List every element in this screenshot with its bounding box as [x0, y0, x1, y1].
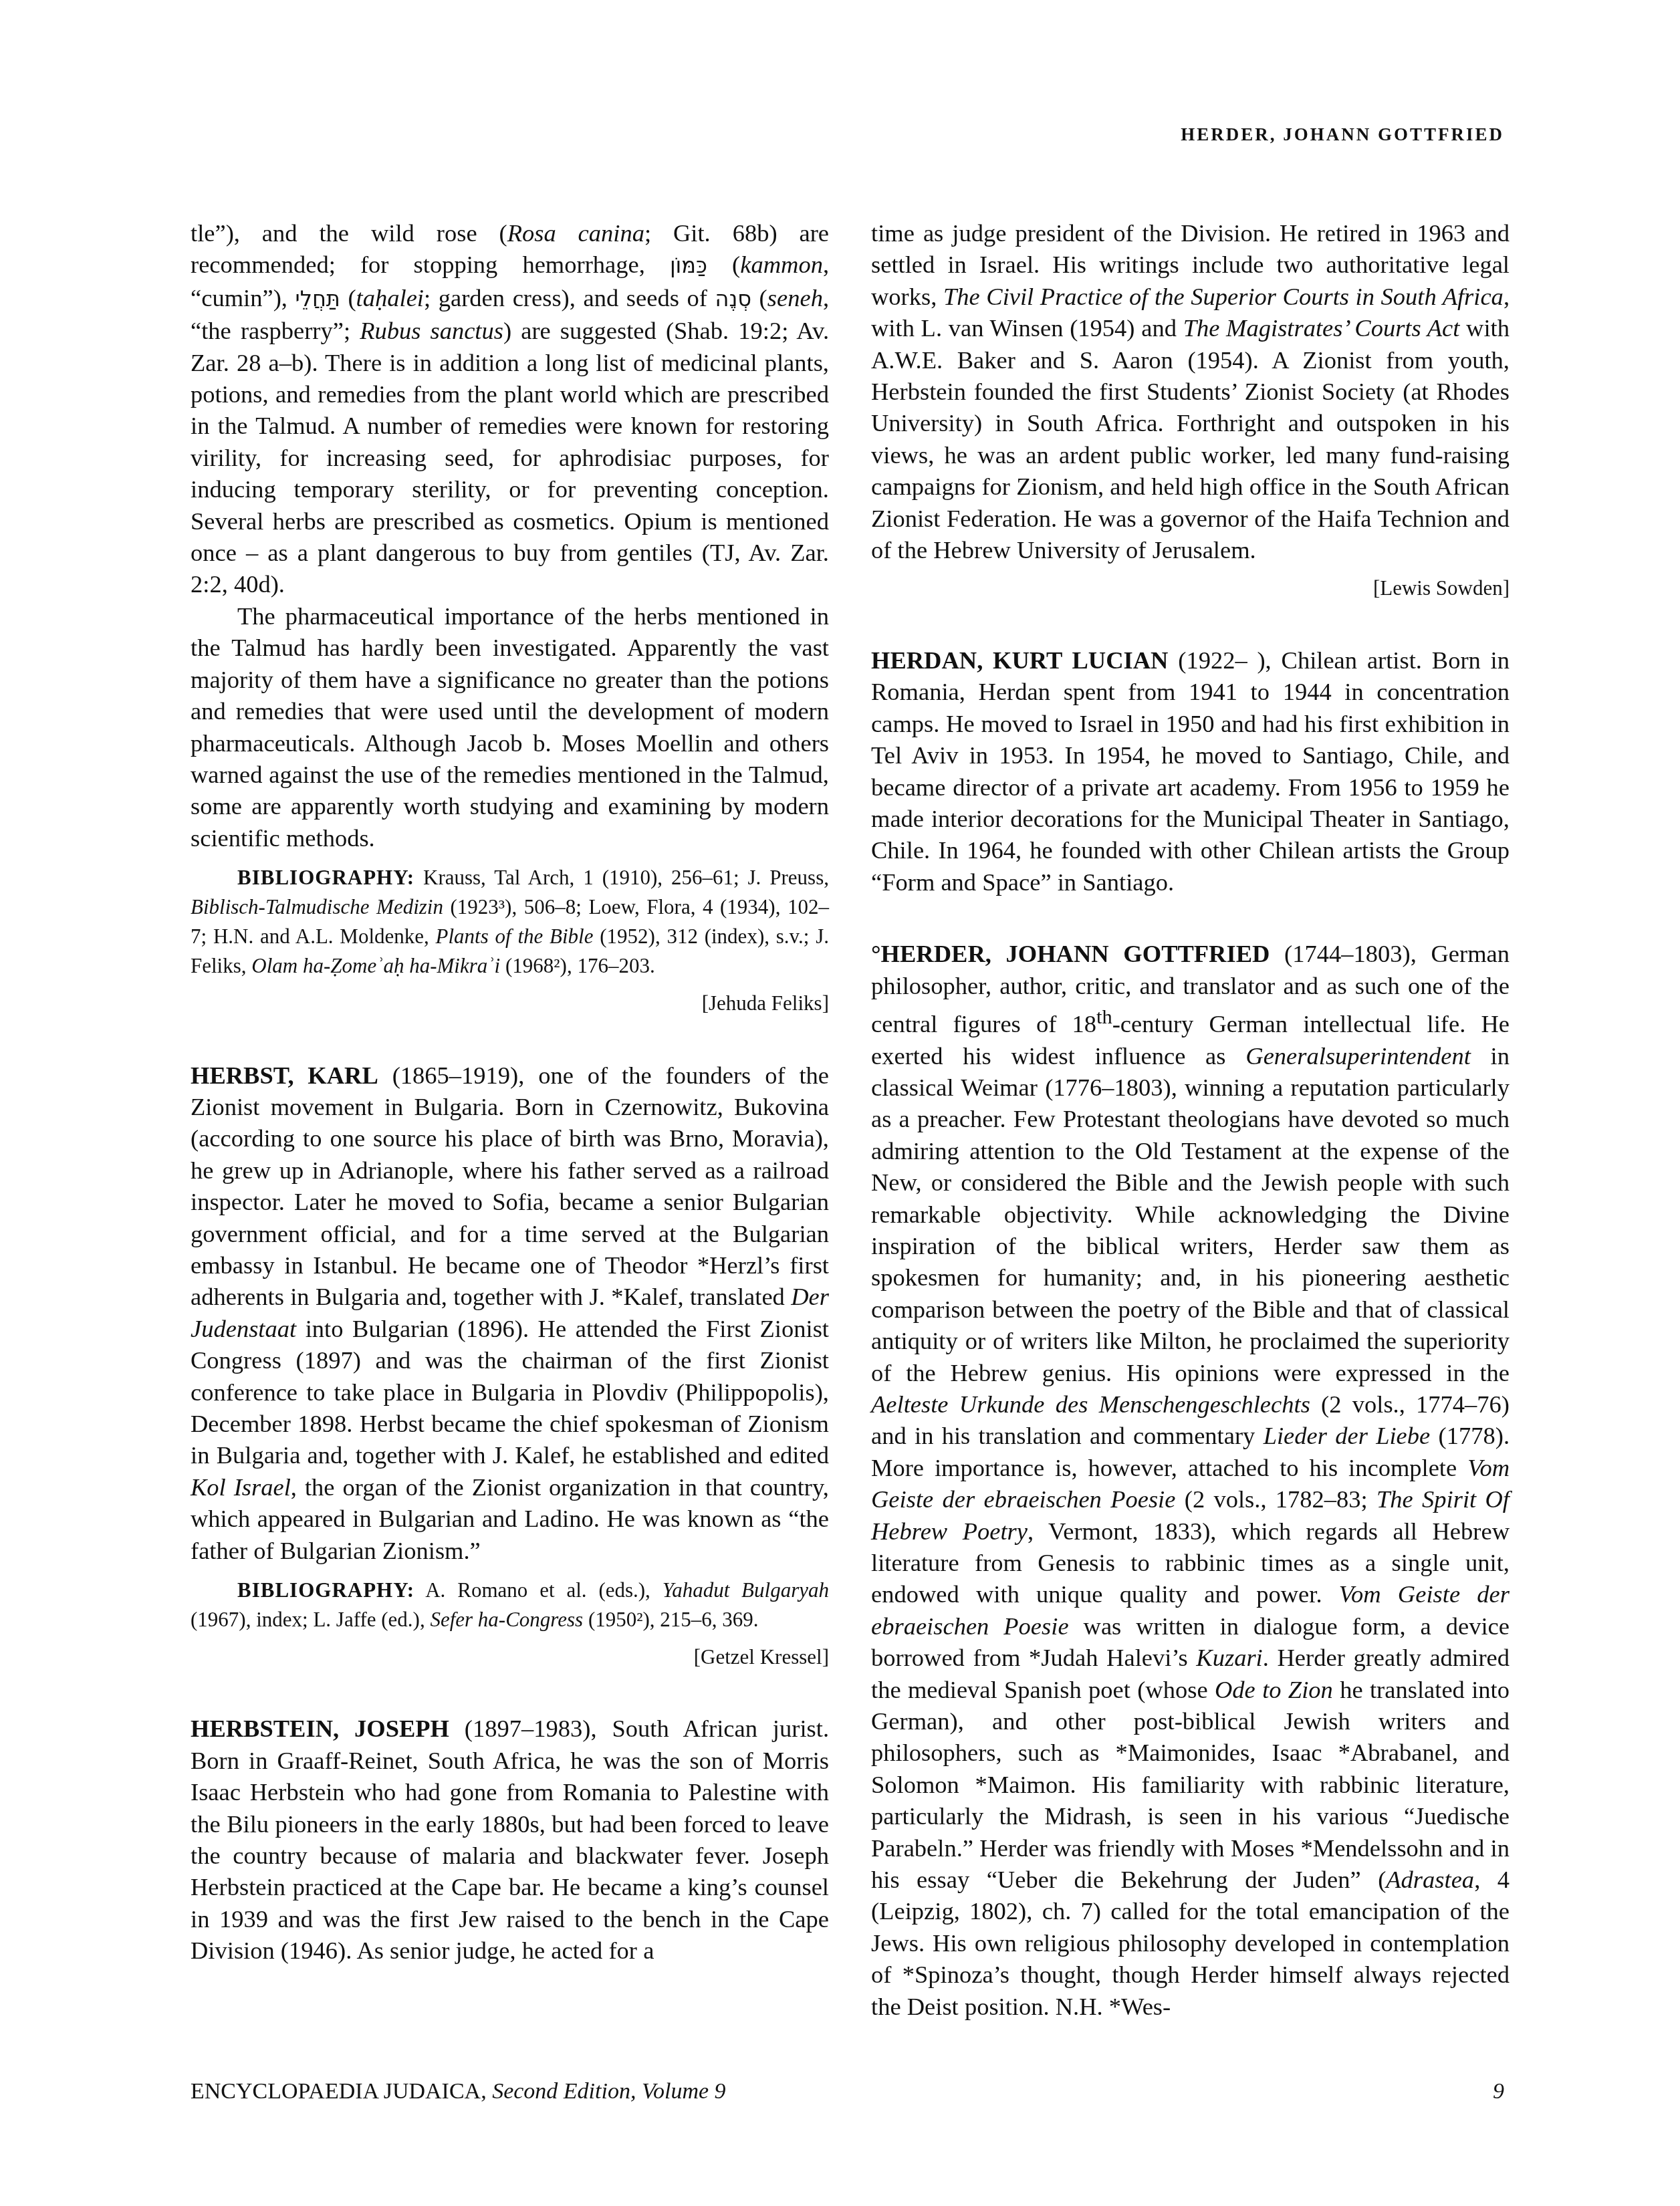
running-head: HERDER, JOHANN GOTTFRIED: [1181, 124, 1504, 145]
hebrew-term: סְנֶה: [715, 286, 751, 312]
italic-title: Olam ha-Ẓomeʾaḥ ha-Mikraʾi: [251, 954, 500, 977]
text: (1897–1983), South African jurist. Born …: [191, 1715, 829, 1964]
page-footer: ENCYCLOPAEDIA JUDAICA, Second Edition, V…: [191, 2079, 1504, 2104]
bibliography-herbst: BIBLIOGRAPHY: A. Romano et al. (eds.), Y…: [191, 1576, 829, 1634]
text: he translated into German), and other po…: [871, 1676, 1510, 1893]
paragraph-herbs-continued: tle”), and the wild rose (Rosa canina; G…: [191, 217, 829, 600]
page-number: 9: [1493, 2079, 1504, 2104]
right-column: time as judge president of the Division.…: [871, 217, 1510, 2022]
italic-title: Kuzari: [1196, 1644, 1262, 1671]
text: (: [340, 284, 356, 312]
text: with A.W.E. Baker and S. Aaron (1954). A…: [871, 314, 1510, 564]
superscript: th: [1096, 1005, 1112, 1028]
entry-herder-johann-gottfried: °HERDER, JOHANN GOTTFRIED (1744–1803), G…: [871, 938, 1510, 2022]
italic-term: taḥalei: [356, 284, 424, 312]
text: (1950²), 215–6, 369.: [583, 1608, 758, 1631]
italic-title: The Civil Practice of the Superior Court…: [943, 283, 1504, 310]
entry-headword: HERBST, KARL: [191, 1062, 378, 1089]
hebrew-term: תַּחֲלֵי: [295, 286, 340, 312]
text: Krauss, Tal Arch, 1 (1910), 256–61; J. P…: [414, 866, 829, 889]
author-signature: [Jehuda Feliks]: [191, 987, 829, 1019]
text: (1968²), 176–203.: [500, 954, 654, 977]
bibliography-label: BIBLIOGRAPHY:: [237, 1578, 414, 1602]
author-signature: [Lewis Sowden]: [871, 572, 1510, 604]
text: ; garden cress), and seeds of: [424, 284, 715, 312]
italic-term: Generalsuperintendent: [1245, 1042, 1471, 1070]
footer-title: ENCYCLOPAEDIA JUDAICA,: [191, 2079, 492, 2104]
hebrew-term: כַּמּוֹן: [670, 253, 707, 278]
entry-herbstein-continued: time as judge president of the Division.…: [871, 217, 1510, 566]
entry-herbstein-joseph: HERBSTEIN, JOSEPH (1897–1983), South Afr…: [191, 1713, 829, 1966]
italic-title: Ode to Zion: [1215, 1676, 1333, 1703]
text: tle”), and the wild rose (: [191, 219, 507, 247]
italic-title: Yahadut Bulgaryah: [663, 1578, 829, 1602]
left-column: tle”), and the wild rose (Rosa canina; G…: [191, 217, 829, 1967]
italic-title: Aelteste Urkunde des Menschengeschlechts: [871, 1390, 1310, 1418]
italic-title: Adrastea: [1386, 1866, 1474, 1893]
text: (1922– ), Chilean artist. Born in Romani…: [871, 646, 1510, 896]
italic-title: Lieder der Liebe: [1264, 1422, 1431, 1449]
italic-term: Rosa canina: [507, 219, 644, 247]
entry-headword: HERDAN, KURT LUCIAN: [871, 646, 1168, 674]
italic-title: Biblisch-Talmudische Medizin: [191, 895, 443, 918]
text: (: [751, 284, 767, 312]
paragraph-pharmaceutical: The pharmaceutical importance of the her…: [191, 600, 829, 854]
italic-term: Rubus sanctus: [360, 317, 503, 344]
text: (1865–1919), one of the founders of the …: [191, 1062, 829, 1311]
author-signature: [Getzel Kressel]: [191, 1641, 829, 1673]
italic-term: kammon: [740, 251, 823, 278]
italic-title: The Magistrates’ Courts Act: [1183, 314, 1460, 342]
italic-title: Plants of the Bible: [436, 925, 594, 948]
text: (1967), index; L. Jaffe (ed.),: [191, 1608, 430, 1631]
text: A. Romano et al. (eds.),: [414, 1578, 663, 1602]
italic-term: seneh: [767, 284, 823, 312]
text: (2 vols., 1782–83;: [1175, 1485, 1376, 1513]
text: (: [707, 251, 740, 278]
bibliography-label: BIBLIOGRAPHY:: [237, 866, 414, 889]
italic-title: Sefer ha-Congress: [430, 1608, 583, 1631]
entry-headword: HERBSTEIN, JOSEPH: [191, 1715, 449, 1742]
text: in classical Weimar (1776–1803), winning…: [871, 1042, 1510, 1386]
entry-herdan-kurt-lucian: HERDAN, KURT LUCIAN (1922– ), Chilean ar…: [871, 644, 1510, 898]
entry-herbst-karl: HERBST, KARL (1865–1919), one of the fou…: [191, 1060, 829, 1567]
italic-title: Kol Israel: [191, 1473, 291, 1501]
footer-edition: Second Edition, Volume 9: [492, 2079, 725, 2104]
entry-headword: °HERDER, JOHANN GOTTFRIED: [871, 940, 1270, 967]
publication-title: ENCYCLOPAEDIA JUDAICA, Second Edition, V…: [191, 2079, 726, 2104]
bibliography-herbs: BIBLIOGRAPHY: Krauss, Tal Arch, 1 (1910)…: [191, 863, 829, 981]
text: ) are suggested (Shab. 19:2; Av. Zar. 28…: [191, 317, 829, 598]
